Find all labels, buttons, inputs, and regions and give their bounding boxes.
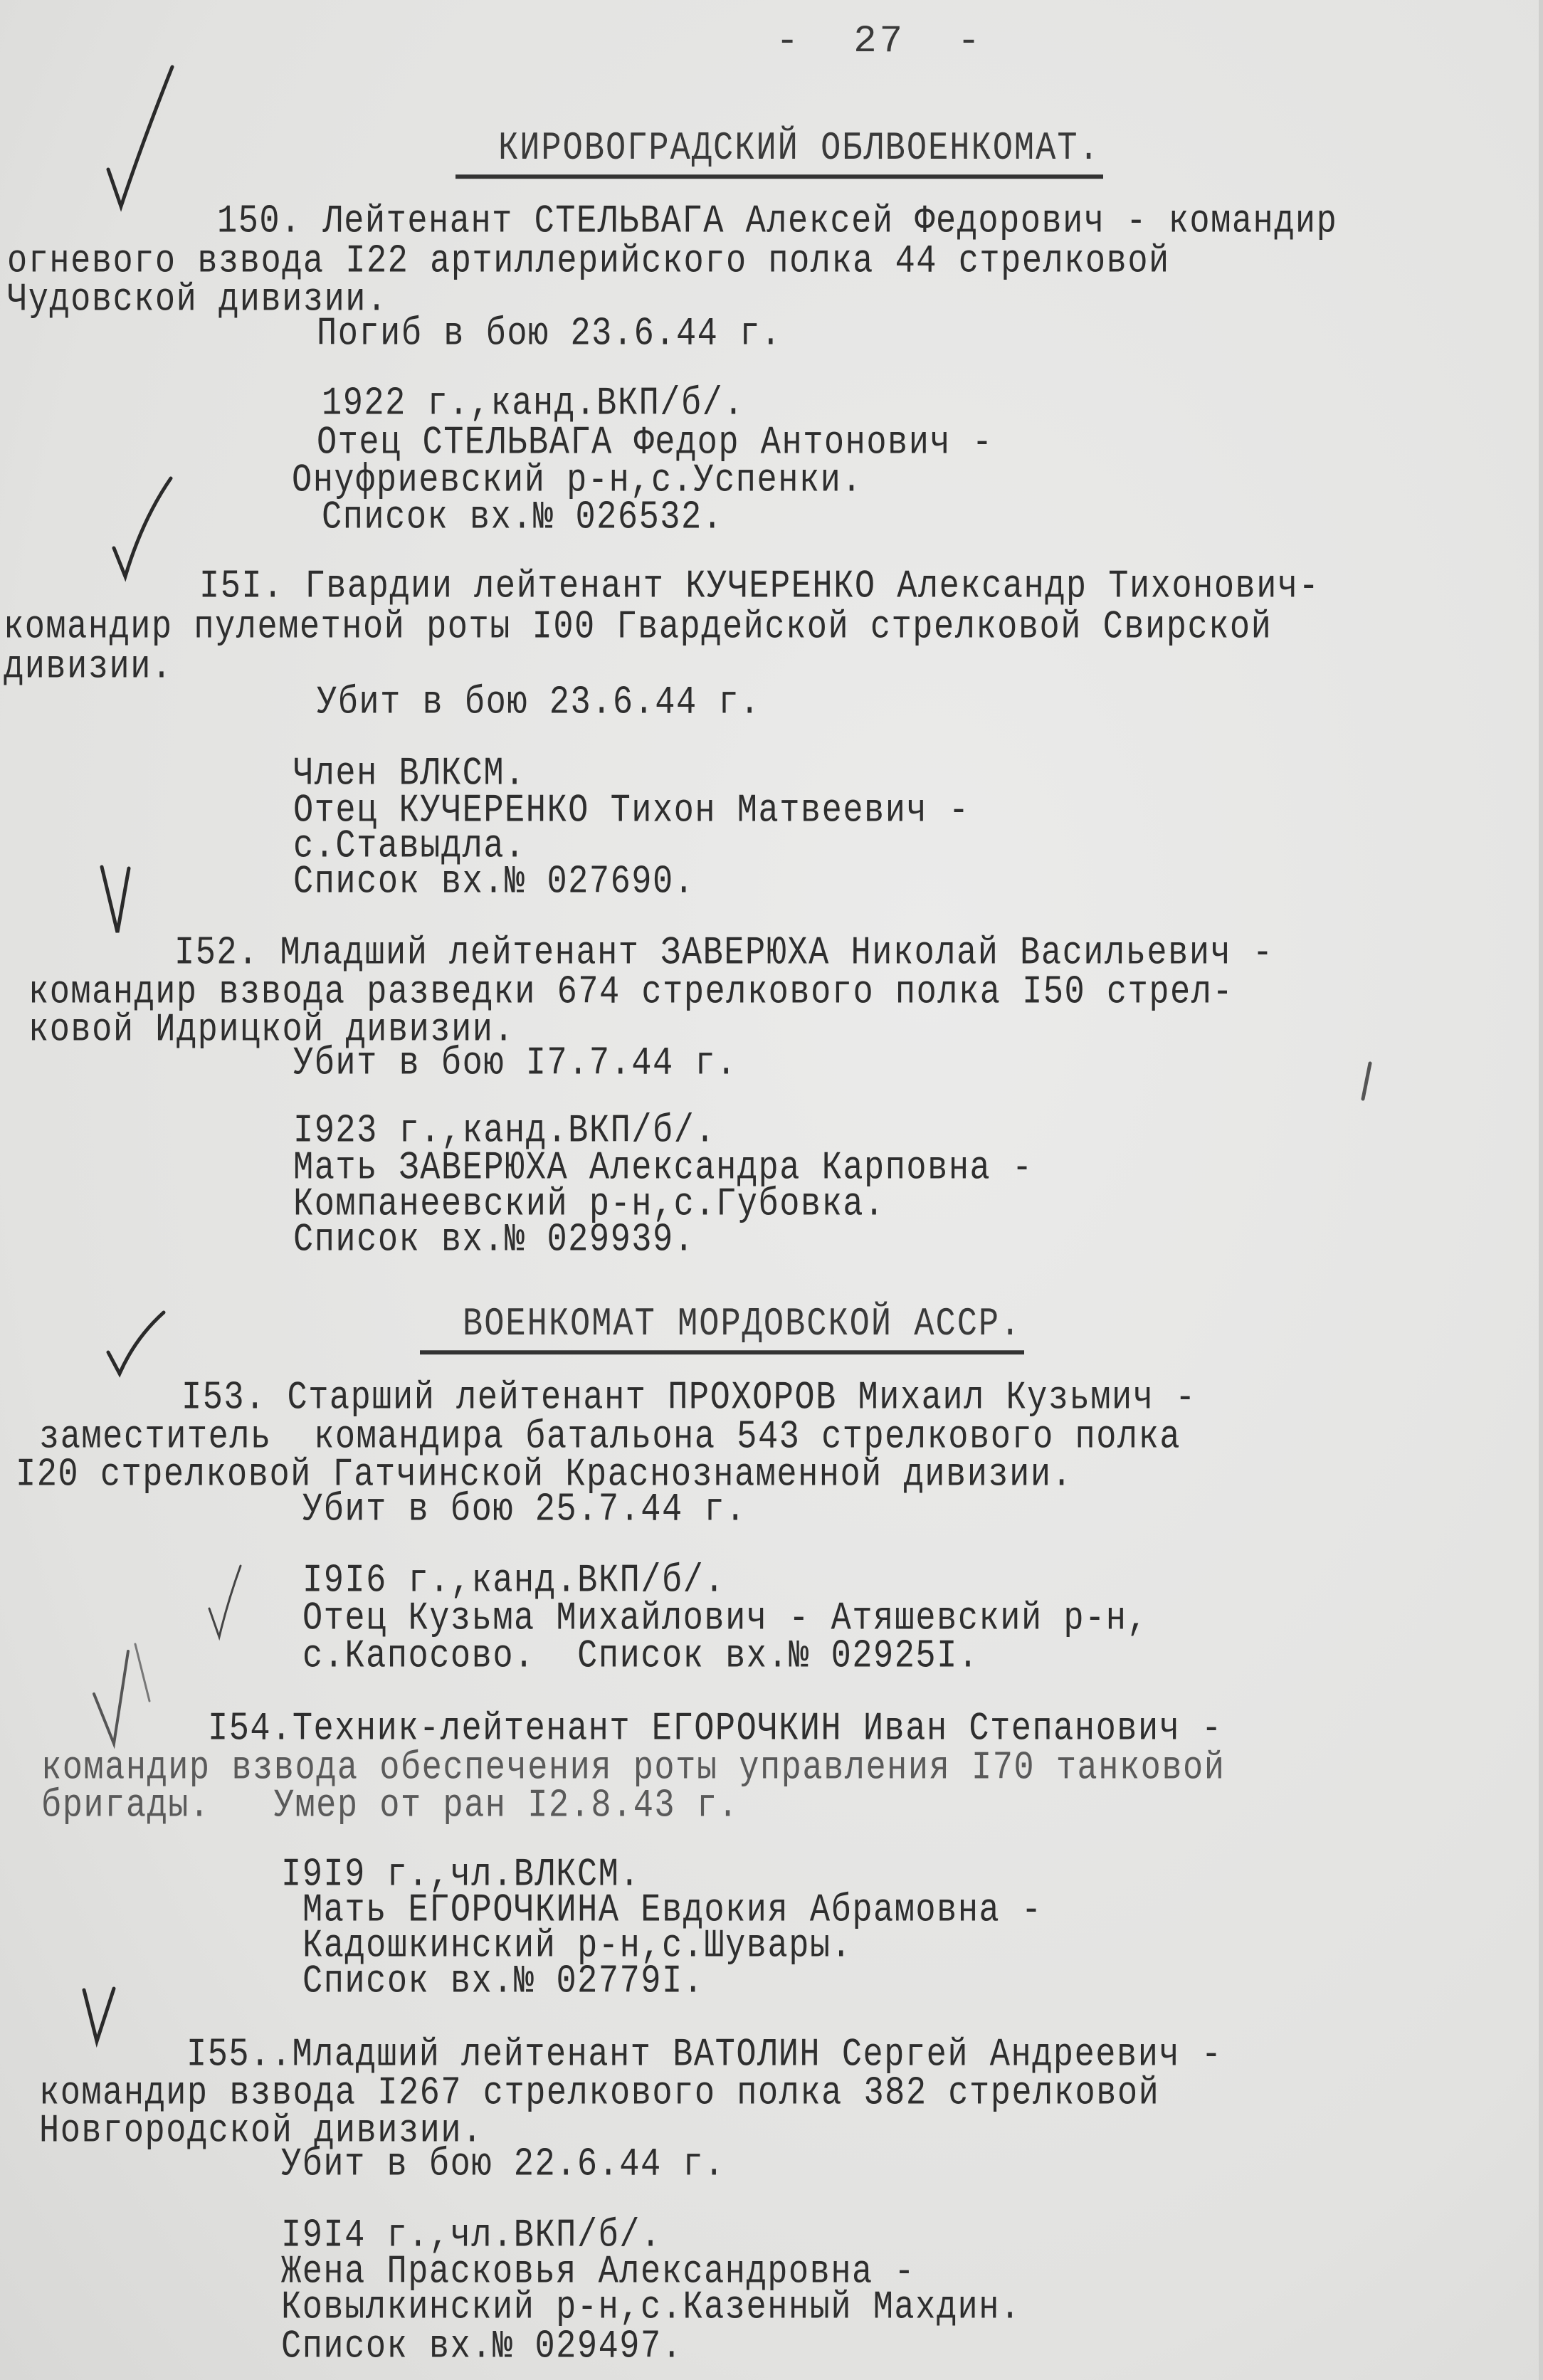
- entry-line: 1922 г.,канд.ВКП/б/.: [322, 383, 744, 426]
- section-heading: КИРОВОГРАДСКИЙ ОБЛВОЕНКОМАТ.: [455, 127, 1103, 179]
- checkmark-icon: [206, 1559, 249, 1648]
- pen-mark-icon: [1356, 1060, 1377, 1107]
- entry-line: Погиб в бою 23.6.44 г.: [317, 313, 782, 357]
- entry-line: I53. Старший лейтенант ПРОХОРОВ Михаил К…: [181, 1377, 1196, 1421]
- entry-line: бригады. Умер от ран I2.8.43 г.: [41, 1785, 739, 1828]
- entry-line: Список вх.№ 026532.: [322, 497, 723, 540]
- entry-line: Список вх.№ 029939.: [293, 1219, 695, 1263]
- entry-line: с.Капосово. Список вх.№ 02925I.: [302, 1636, 979, 1679]
- entry-line: Убит в бою 23.6.44 г.: [317, 682, 761, 725]
- page-edge: [1539, 0, 1543, 2380]
- entry-line: 150. Лейтенант СТЕЛЬВАГА Алексей Федоров…: [217, 201, 1337, 244]
- checkmark-icon: [100, 477, 185, 587]
- entry-line: Список вх.№ 02779I.: [302, 1961, 704, 2004]
- section-heading: ВОЕНКОМАТ МОРДОВСКОЙ АССР.: [420, 1302, 1024, 1354]
- entry-line: Список вх.№ 027690.: [293, 861, 695, 905]
- page-number: - 27 -: [776, 20, 983, 63]
- document-page: - 27 - КИРОВОГРАДСКИЙ ОБЛВОЕНКОМАТ. 150.…: [0, 0, 1543, 2380]
- entry-line: I5I. Гвардии лейтенант КУЧЕРЕНКО Алексан…: [199, 566, 1320, 609]
- entry-line: I54.Техник-лейтенант ЕГОРОЧКИН Иван Степ…: [208, 1708, 1223, 1752]
- checkmark-icon: [96, 861, 139, 943]
- entry-line: I52. Младший лейтенант ЗАВЕРЮХА Николай …: [174, 932, 1274, 976]
- checkmark-icon: [78, 1986, 128, 2053]
- entry-line: Список вх.№ 029497.: [281, 2326, 683, 2369]
- entry-line: дивизии.: [4, 646, 173, 690]
- entry-line: Убит в бою 22.6.44 г.: [281, 2144, 725, 2187]
- entry-line: Убит в бою I7.7.44 г.: [293, 1043, 737, 1086]
- checkmark-icon: [100, 1310, 171, 1384]
- entry-line: Убит в бою 25.7.44 г.: [302, 1489, 747, 1532]
- entry-line: командир пулеметной роты I00 Гвардейской…: [4, 606, 1272, 650]
- checkmark-icon: [85, 1637, 171, 1754]
- checkmark-icon: [100, 64, 185, 224]
- entry-line: Ковылкинский р-н,с.Казенный Махдин.: [281, 2287, 1021, 2330]
